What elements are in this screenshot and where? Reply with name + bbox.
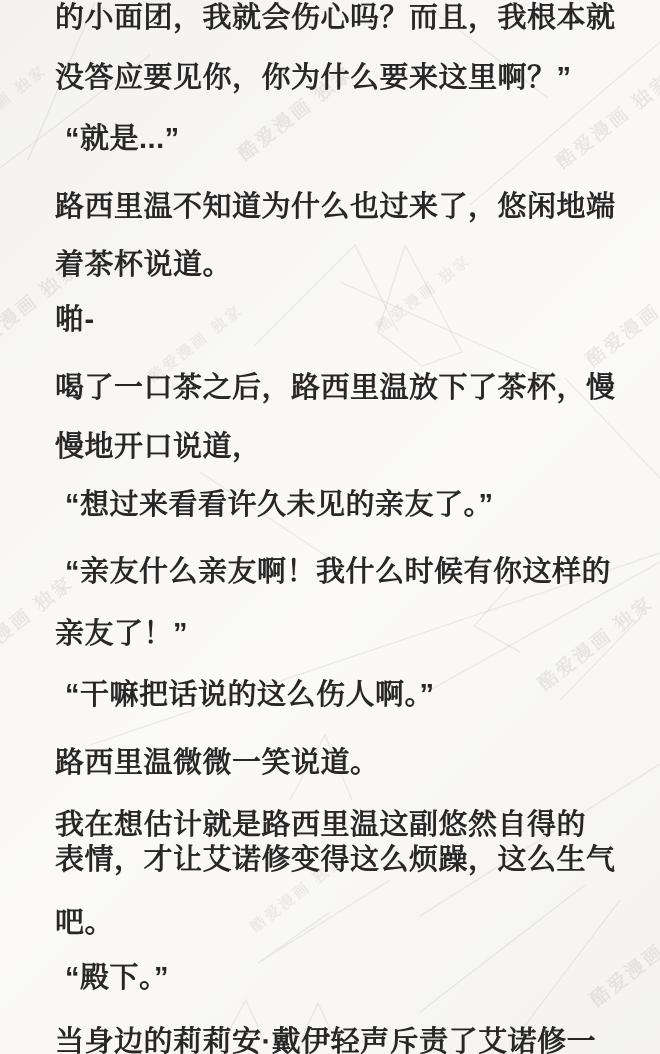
novel-text-line: 喝了一口茶之后，路西里温放下了茶杯，慢	[55, 370, 616, 406]
novel-text-line: “亲友什么亲友啊！我什么时候有你这样的	[55, 554, 611, 590]
novel-text-line: 路西里温微微一笑说道。	[55, 745, 380, 781]
novel-text-line: 慢地开口说道，	[55, 429, 262, 465]
novel-text-line: 当身边的莉莉安·戴伊轻声斥责了艾诺修一	[55, 1024, 596, 1054]
novel-text-line: 表情，才让艾诺修变得这么烦躁，这么生气	[55, 842, 616, 878]
novel-text-line: “殿下。”	[55, 960, 169, 996]
novel-text: 的小面团，我就会伤心吗？而且，我根本就 没答应要见你，你为什么要来这里啊？” “…	[0, 0, 660, 1054]
novel-text-line: “就是...”	[55, 121, 180, 157]
novel-text-line: 亲友了！”	[55, 616, 188, 652]
novel-text-line: “干嘛把话说的这么伤人啊。”	[55, 677, 435, 713]
novel-text-line: “想过来看看许久未见的亲友了。”	[55, 487, 494, 523]
reader-page[interactable]: 酷爱漫画 独家 酷爱漫画 独家 酷爱漫画 独家 酷爱漫画 独家 酷爱漫画 独家 …	[0, 0, 660, 1054]
novel-text-line: 没答应要见你，你为什么要来这里啊？”	[55, 60, 572, 96]
novel-text-line: 我在想估计就是路西里温这副悠然自得的	[55, 807, 586, 843]
novel-text-line: 路西里温不知道为什么也过来了，悠闲地端	[55, 189, 616, 225]
novel-text-line: 的小面团，我就会伤心吗？而且，我根本就	[55, 0, 616, 36]
novel-text-line: 吧。	[55, 905, 114, 941]
novel-text-line: 着茶杯说道。	[55, 247, 232, 283]
novel-text-line: 啪-	[55, 302, 95, 338]
